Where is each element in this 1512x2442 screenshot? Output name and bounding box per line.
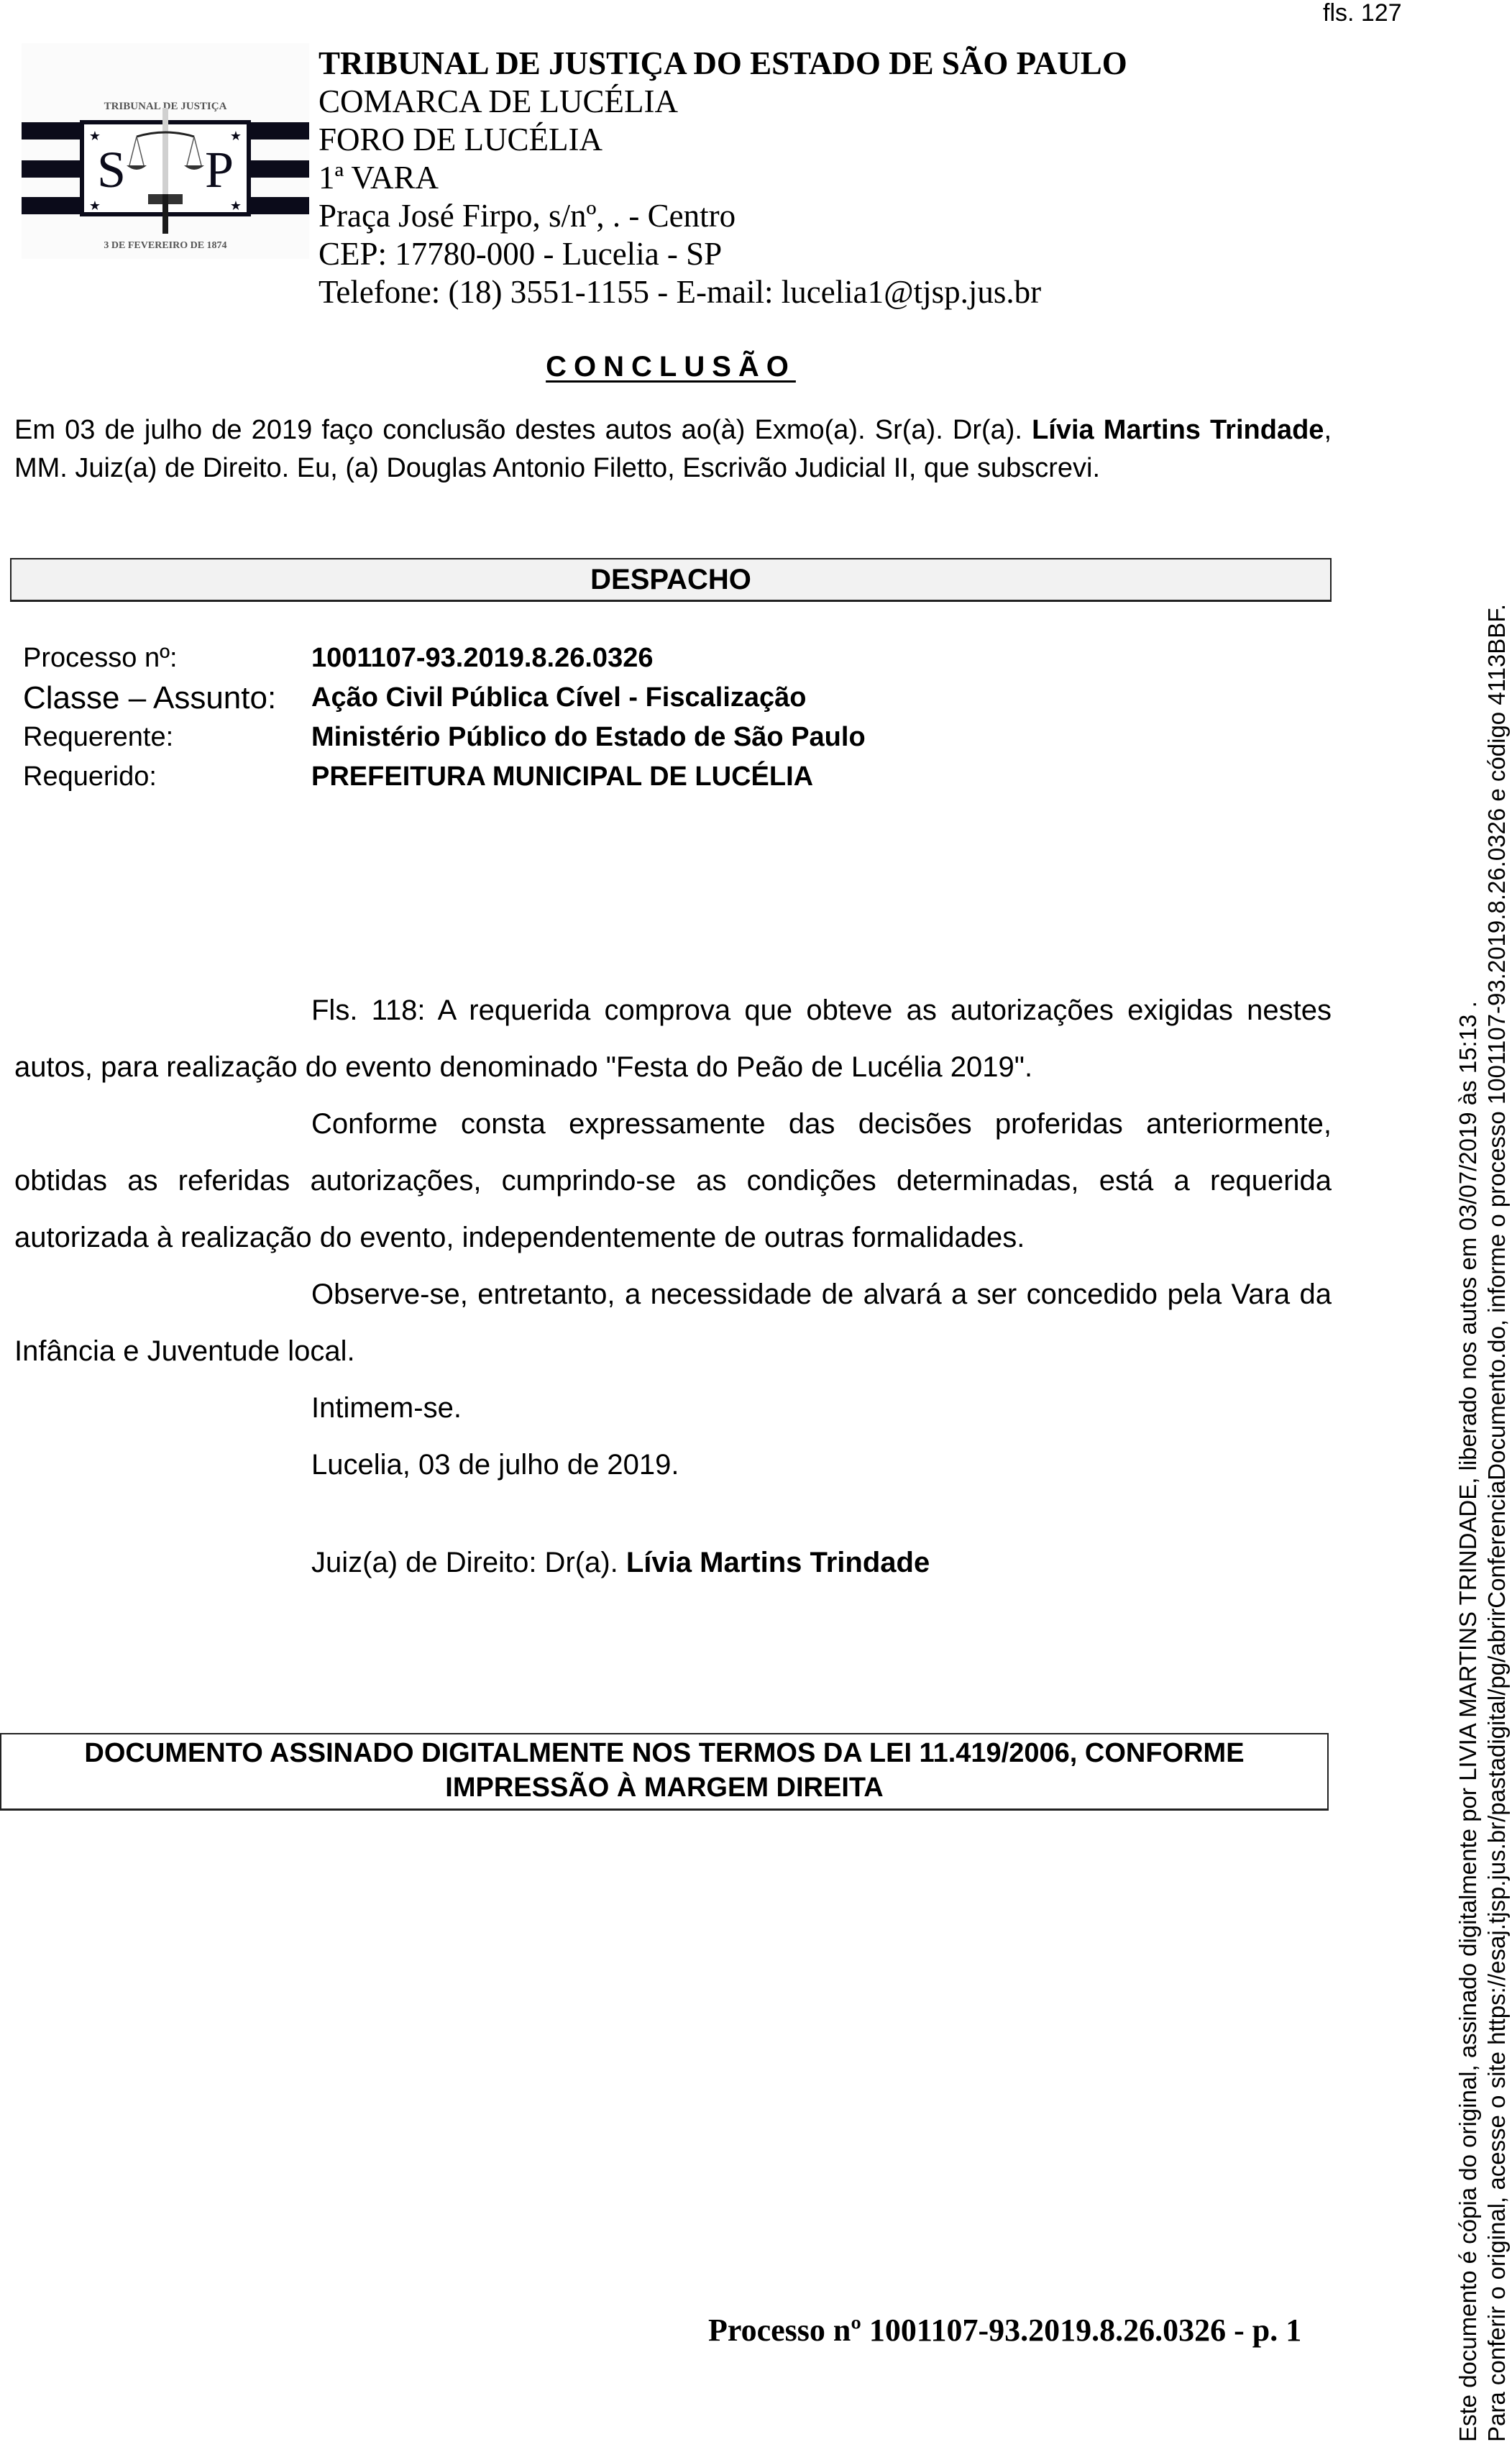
info-label: Classe – Assunto:: [23, 678, 276, 718]
place-date: Lucelia, 03 de julho de 2019.: [14, 1437, 1332, 1494]
tjsp-logo: TRIBUNAL DE JUSTIÇA ★ ★ ★ ★ S P 3 DE FEV…: [22, 43, 309, 259]
contact: Telefone: (18) 3551-1155 - E-mail: lucel…: [319, 273, 1127, 311]
closing: Intimem-se.: [14, 1380, 1332, 1437]
conclusao-paragraph: Em 03 de julho de 2019 faço conclusão de…: [14, 411, 1332, 488]
vara: 1ª VARA: [319, 159, 1127, 197]
margin-authentication-stamp: Este documento é cópia do original, assi…: [1454, 335, 1511, 2442]
signature-prefix: Juiz(a) de Direito: Dr(a).: [311, 1547, 626, 1578]
defendant: PREFEITURA MUNICIPAL DE LUCÉLIA: [311, 757, 813, 797]
svg-text:★: ★: [230, 198, 242, 213]
signature-name: Lívia Martins Trindade: [626, 1547, 930, 1578]
address: Praça José Firpo, s/nº, . - Centro: [319, 197, 1127, 235]
body-paragraph: Conforme consta expressamente das decisõ…: [14, 1096, 1332, 1266]
court-header: TRIBUNAL DE JUSTIÇA DO ESTADO DE SÃO PAU…: [319, 45, 1127, 311]
conclusao-title: CONCLUSÃO: [0, 351, 1342, 383]
conclusao-text-part1: Em 03 de julho de 2019 faço conclusão de…: [14, 415, 1032, 445]
foro: FORO DE LUCÉLIA: [319, 121, 1127, 159]
class-subject: Ação Civil Pública Cível - Fiscalização: [311, 678, 807, 718]
comarca: COMARCA DE LUCÉLIA: [319, 83, 1127, 121]
page-marker: fls. 127: [1323, 0, 1402, 26]
conclusao-judge-name: Lívia Martins Trindade: [1032, 415, 1324, 445]
body-paragraph: Fls. 118: A requerida comprova que obtev…: [14, 982, 1332, 1096]
svg-text:3 DE FEVEREIRO DE 1874: 3 DE FEVEREIRO DE 1874: [104, 240, 226, 251]
cep: CEP: 17780-000 - Lucelia - SP: [319, 235, 1127, 273]
plaintiff: Ministério Público do Estado de São Paul…: [311, 718, 866, 757]
despacho-heading: DESPACHO: [10, 558, 1332, 602]
despacho-body: Fls. 118: A requerida comprova que obtev…: [14, 982, 1332, 1591]
digital-signature-notice: DOCUMENTO ASSINADO DIGITALMENTE NOS TERM…: [0, 1733, 1329, 1811]
svg-text:★: ★: [89, 198, 101, 213]
info-label: Requerido:: [23, 757, 157, 797]
signed-notice-line1: DOCUMENTO ASSINADO DIGITALMENTE NOS TERM…: [1, 1736, 1327, 1770]
svg-text:P: P: [205, 141, 234, 198]
court-name: TRIBUNAL DE JUSTIÇA DO ESTADO DE SÃO PAU…: [319, 45, 1127, 83]
page-footer: Processo nº 1001107-93.2019.8.26.0326 - …: [708, 2312, 1301, 2349]
margin-stamp-line1: Este documento é cópia do original, assi…: [1454, 335, 1483, 2442]
signed-notice-line2: IMPRESSÃO À MARGEM DIREITA: [1, 1770, 1327, 1805]
info-label: Requerente:: [23, 718, 173, 757]
body-paragraph: Observe-se, entretanto, a necessidade de…: [14, 1266, 1332, 1380]
process-number: 1001107-93.2019.8.26.0326: [311, 639, 653, 678]
tjsp-coat-of-arms-icon: TRIBUNAL DE JUSTIÇA ★ ★ ★ ★ S P 3 DE FEV…: [22, 43, 309, 259]
margin-stamp-line2: Para conferir o original, acesse o site …: [1483, 335, 1511, 2442]
conclusao-title-text: CONCLUSÃO: [546, 351, 796, 383]
svg-text:S: S: [97, 141, 126, 198]
info-label: Processo nº:: [23, 639, 178, 678]
judge-signature: Juiz(a) de Direito: Dr(a). Lívia Martins…: [14, 1535, 1332, 1591]
